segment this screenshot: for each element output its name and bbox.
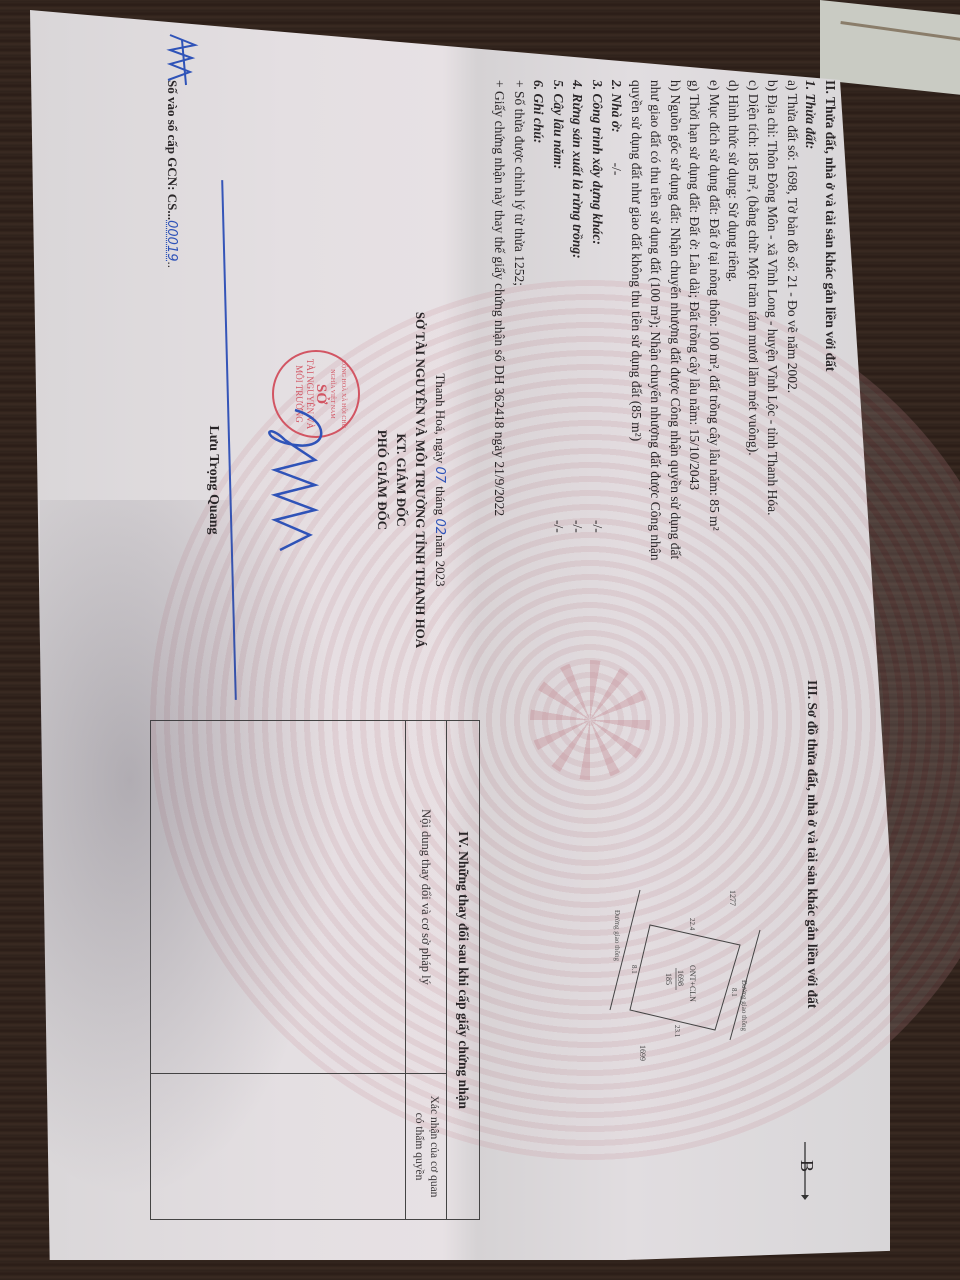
- detail-line: c) Diện tích: 185 m², (bằng chữ: Một tră…: [742, 80, 762, 640]
- registry-number-handwritten: 00019: [164, 220, 179, 261]
- item-house: 2. Nhà ở:-/-: [605, 80, 625, 640]
- position-title: PHÓ GIÁM ĐỐC: [373, 270, 392, 690]
- content-cell-empty: [151, 721, 405, 1074]
- confirmation-cell-empty: [151, 1074, 405, 1219]
- column-header-confirmation: Xác nhận của cơ quan có thẩm quyền: [406, 1074, 446, 1219]
- changes-table-title: IV. Những thay đổi sau khi cấp giấy chứn…: [446, 721, 479, 1219]
- day-handwritten: 07: [432, 467, 447, 484]
- parcel-number: 1698: [676, 970, 685, 986]
- item-perennial-trees: 5. Cây lâu năm:-/-: [547, 80, 567, 640]
- section-ii-title: II. Thửa đất, nhà ở và tài sản khác gắn …: [821, 80, 840, 371]
- signer-name: Lưu Trọng Quang: [204, 270, 223, 690]
- month-label: tháng: [433, 486, 448, 515]
- edge-length: 23.1: [673, 1025, 681, 1038]
- year-label: năm 2023: [433, 535, 448, 587]
- detail-line: h) Nguồn gốc sử dụng đất: Nhận chuyển nh…: [664, 80, 684, 640]
- detail-line: g) Thời hạn sử dụng đất: Đất ở: Lâu dài;…: [683, 80, 703, 640]
- detail-line: quyền sử dụng đất như giao đất không thu…: [625, 80, 645, 640]
- section-iii-title: III. Sơ đồ thửa đất, nhà ở và tài sản kh…: [804, 680, 820, 1008]
- col2-line1: Xác nhận của cơ quan: [426, 1074, 441, 1219]
- column-header-content: Nội dung thay đổi và cơ sở pháp lý: [406, 721, 446, 1074]
- item-value: -/-: [609, 163, 625, 176]
- north-arrow: B: [785, 1140, 825, 1200]
- notes-title: 6. Ghi chú:: [527, 80, 547, 640]
- date-prefix: Thanh Hoá, ngày: [433, 373, 448, 463]
- item-other-construction: 3. Công trình xây dựng khác:-/-: [586, 80, 606, 640]
- neighbor-parcel-bottom: 1699: [638, 1045, 647, 1061]
- registry-number: Số vào sổ cấp GCN: CS...00019..: [164, 80, 180, 268]
- road-label-top: Đường giao thông: [740, 980, 748, 1032]
- item-label: 3. Công trình xây dựng khác:: [590, 80, 605, 245]
- issuing-agency: SỞ TÀI NGUYÊN VÀ MÔI TRƯỜNG TỈNH THANH H…: [411, 270, 430, 690]
- item-value: -/-: [589, 520, 605, 533]
- land-details: a) Thửa đất số: 1698, Tờ bản đồ số: 21 -…: [488, 80, 800, 640]
- registry-label: Số vào sổ cấp GCN: CS...: [165, 80, 180, 220]
- detail-line: như giao đất có thu tiền sử dụng đất (10…: [644, 80, 664, 640]
- certificate-inner-pages: II. Thửa đất, nhà ở và tài sản khác gắn …: [40, 40, 880, 1280]
- road-label-bottom: Đường giao thông: [613, 910, 621, 962]
- parcel-code: ONT+CLN: [688, 965, 697, 1002]
- handwritten-signature-icon: [245, 400, 335, 600]
- detail-line: a) Thửa đất số: 1698, Tờ bản đồ số: 21 -…: [781, 80, 801, 640]
- edge-length: 8.1: [630, 965, 638, 974]
- detail-line: b) Địa chỉ: Thôn Đông Môn - xã Vĩnh Long…: [761, 80, 781, 640]
- subsection-land-parcel: 1. Thửa đất:: [801, 80, 820, 149]
- edge-length: 8.1: [730, 988, 738, 997]
- item-label: 4. Rừng sản xuất là rừng trồng:: [571, 80, 586, 259]
- parcel-area: 185: [664, 973, 673, 985]
- item-planted-forest: 4. Rừng sản xuất là rừng trồng:-/-: [566, 80, 586, 640]
- registry-suffix: ..: [165, 261, 180, 268]
- initials-signature-icon: [160, 30, 200, 90]
- item-value: -/-: [550, 520, 566, 533]
- edge-length: 22.4: [688, 918, 696, 931]
- changes-table-body: [151, 721, 405, 1219]
- neighbor-parcel-top: 1277: [728, 890, 737, 906]
- place-date: Thanh Hoá, ngày 07 tháng 02năm 2023: [430, 270, 450, 690]
- detail-line: e) Mục đích sử dụng đất: Đất ở tại nông …: [703, 80, 723, 640]
- item-value: -/-: [570, 520, 586, 533]
- item-label: 2. Nhà ở:: [610, 80, 625, 133]
- kt-title: KT. GIÁM ĐỐC: [392, 270, 411, 690]
- month-handwritten: 02: [432, 518, 447, 535]
- note-line: + Giấy chứng nhận này thay thế giấy chứn…: [488, 80, 508, 640]
- parcel-sketch: Đường giao thông Đường giao thông ONT+CL…: [590, 870, 790, 1090]
- col2-line2: có thẩm quyền: [411, 1074, 426, 1219]
- note-line: + Số thửa được chỉnh lý từ thửa 1252;: [508, 80, 528, 640]
- detail-line: d) Hình thức sử dụng: Sử dụng riêng.: [722, 80, 742, 640]
- changes-table: IV. Những thay đổi sau khi cấp giấy chứn…: [150, 720, 480, 1220]
- item-label: 5. Cây lâu năm:: [551, 80, 566, 169]
- north-label: B: [796, 1160, 817, 1172]
- changes-table-header: Nội dung thay đổi và cơ sở pháp lý Xác n…: [405, 721, 446, 1219]
